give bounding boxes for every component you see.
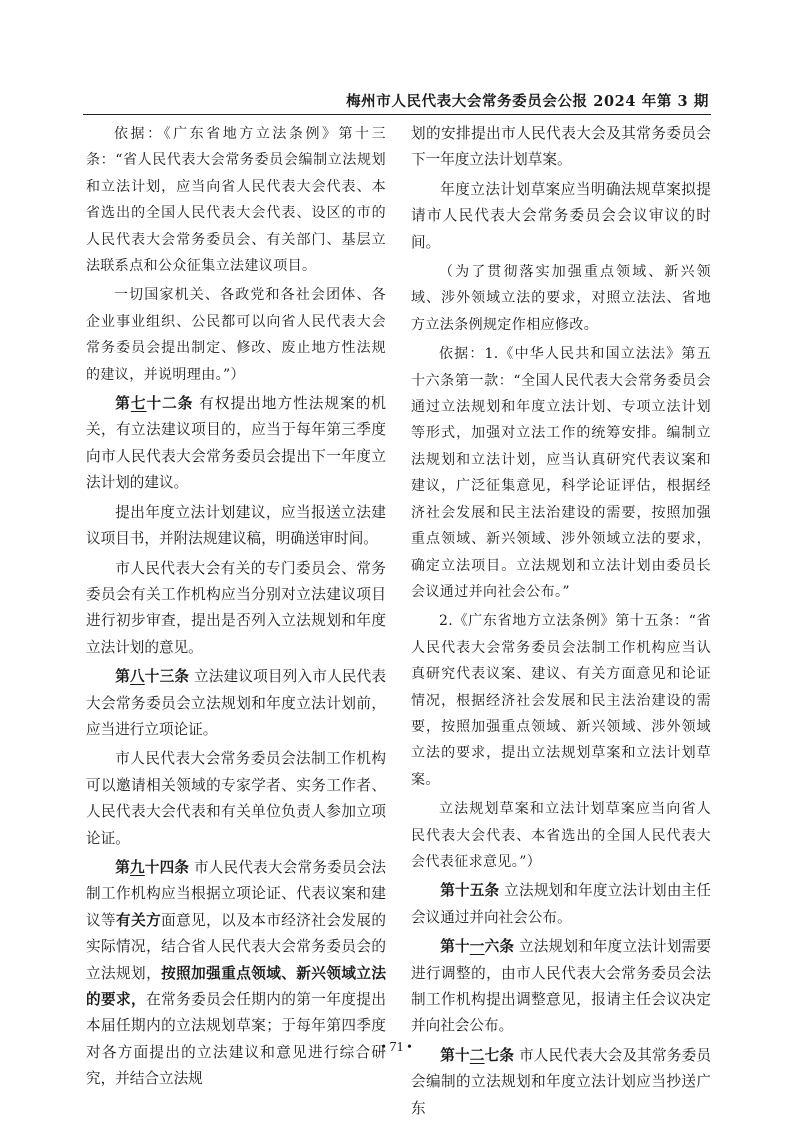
article-paragraph: 第十五条 立法规划和年度立法计划由主任会议通过并向社会公布。 xyxy=(411,878,711,931)
body-paragraph: 年度立法计划草案应当明确法规草案拟提请市人民代表大会常务委员会会议审议的时间。 xyxy=(411,177,711,256)
article-number: 第七十二条 xyxy=(115,395,193,412)
basis-note: 依据：《广东省地方立法条例》第十三条：“省人民代表大会常务委员会编制立法规划和立… xyxy=(86,121,386,279)
basis-note: 一切国家机关、各政党和各社会团体、各企业事业组织、公民都可以向省人民代表大会常务… xyxy=(86,282,386,388)
journal-header: 梅州市人民代表大会常务委员会公报 2024 年第 3 期 xyxy=(83,90,711,115)
article-number: 第九十四条 xyxy=(115,859,189,876)
right-column: 划的安排提出市人民代表大会及其常务委员会下一年度立法计划草案。 年度立法计划草案… xyxy=(411,121,711,1122)
left-column: 依据：《广东省地方立法条例》第十三条：“省人民代表大会常务委员会编制立法规划和立… xyxy=(86,121,386,1096)
article-number: 第十一六条 xyxy=(440,938,514,955)
article-number: 第十五条 xyxy=(440,882,499,899)
deleted-digit: 一 xyxy=(470,938,485,955)
body-paragraph: 市人民代表大会常务委员会法制工作机构可以邀请相关领域的专家学者、实务工作者、人民… xyxy=(86,746,386,852)
article-paragraph: 第八十三条 立法建议项目列入市人民代表大会常务委员会立法规划和年度立法计划前，应… xyxy=(86,664,386,743)
continued-paragraph: 划的安排提出市人民代表大会及其常务委员会下一年度立法计划草案。 xyxy=(411,121,711,174)
inserted-text: 有关方 xyxy=(116,912,161,929)
deleted-digit: 七 xyxy=(131,395,147,412)
deleted-digit: 八 xyxy=(130,668,145,685)
article-number: 第八十三条 xyxy=(115,668,189,685)
deleted-digit: 九 xyxy=(130,859,145,876)
article-paragraph: 第七十二条 有权提出地方性法规案的机关，有立法建议项目的，应当于每年第三季度向市… xyxy=(86,391,386,497)
page-number: • 71 • xyxy=(0,1040,793,1056)
journal-title: 梅州市人民代表大会常务委员会公报 2024 年第 3 期 xyxy=(346,90,709,111)
article-paragraph: 第十一六条 立法规划和年度立法计划需要进行调整的，由市人民代表大会常务委员会法制… xyxy=(411,934,711,1040)
revision-note: （为了贯彻落实加强重点领域、新兴领域、涉外领域立法的要求，对照立法法、省地方立法… xyxy=(411,259,711,338)
basis-note: 依据：1.《中华人民共和国立法法》第五十六条第一款：“全国人民代表大会常务委员会… xyxy=(411,341,711,605)
basis-note: 2.《广东省地方立法条例》第十五条：“省人民代表大会常务委员会法制工作机构应当认… xyxy=(411,608,711,793)
body-paragraph: 市人民代表大会有关的专门委员会、常务委员会有关工作机构应当分别对立法建议项目进行… xyxy=(86,556,386,662)
body-paragraph: 提出年度立法计划建议，应当报送立法建议项目书，并附法规建议稿，明确送审时间。 xyxy=(86,500,386,553)
basis-note: 立法规划草案和立法计划草案应当向省人民代表大会代表、本省选出的全国人民代表大会代… xyxy=(411,796,711,875)
article-paragraph: 第九十四条 市人民代表大会常务委员会法制工作机构应当根据立项论证、代表议案和建议… xyxy=(86,855,386,1093)
